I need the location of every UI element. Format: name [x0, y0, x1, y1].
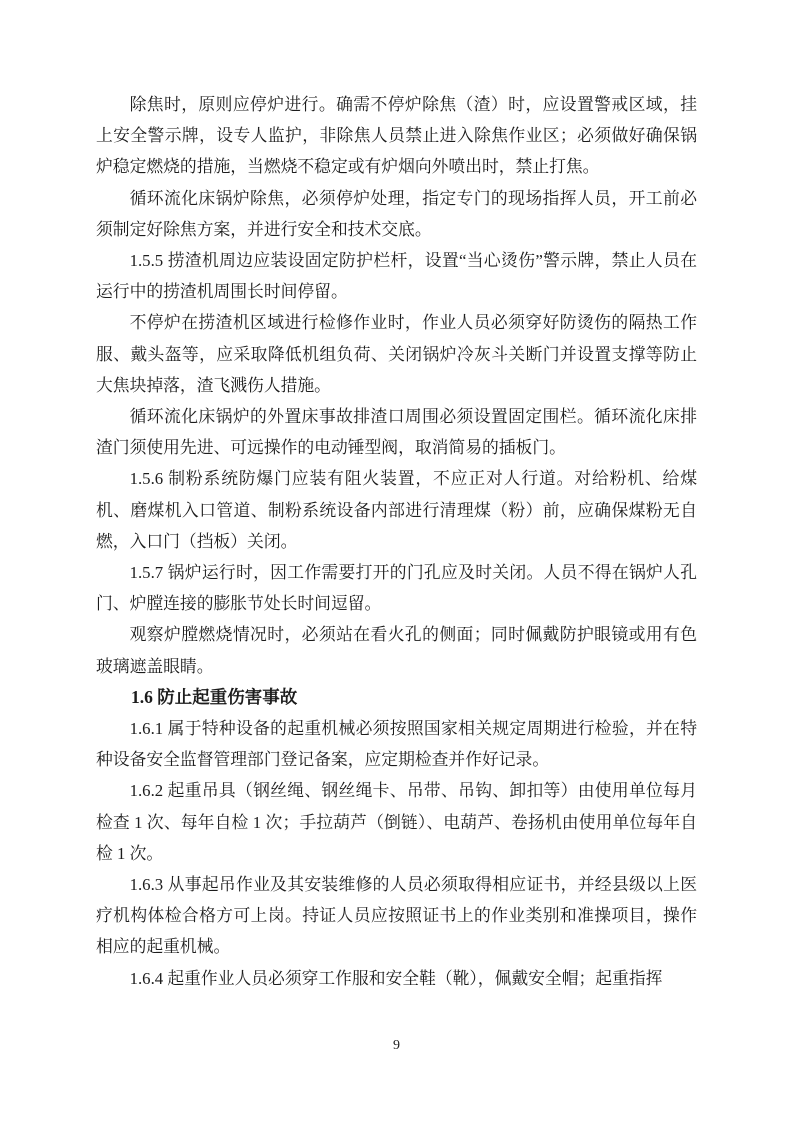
paragraph-1-6-4: 1.6.4 起重作业人员必须穿工作服和安全鞋（靴），佩戴安全帽；起重指挥: [96, 963, 697, 994]
text-content: 除焦时，原则应停炉进行。确需不停炉除焦（渣）时，应设置警戒区域，挂上安全警示牌，…: [96, 89, 697, 994]
section-heading-1-6: 1.6 防止起重伤害事故: [96, 682, 697, 713]
document-page: 除焦时，原则应停炉进行。确需不停炉除焦（渣）时，应设置警戒区域，挂上安全警示牌，…: [0, 0, 793, 1122]
paragraph-1-6-3: 1.6.3 从事起吊作业及其安装维修的人员必须取得相应证书，并经县级以上医疗机构…: [96, 869, 697, 963]
page-number: 9: [0, 1036, 793, 1056]
paragraph-cfb-weilan: 循环流化床锅炉的外置床事故排渣口周围必须设置固定围栏。循环流化床排渣门须使用先进…: [96, 401, 697, 463]
paragraph-1-6-2: 1.6.2 起重吊具（钢丝绳、钢丝绳卡、吊带、吊钩、卸扣等）由使用单位每月检查 …: [96, 775, 697, 869]
paragraph-1-6-1: 1.6.1 属于特种设备的起重机械必须按照国家相关规定周期进行检验，并在特种设备…: [96, 713, 697, 775]
paragraph-1-5-5: 1.5.5 捞渣机周边应装设固定防护栏杆，设置“当心烫伤”警示牌，禁止人员在运行…: [96, 245, 697, 307]
paragraph-dejiao: 除焦时，原则应停炉进行。确需不停炉除焦（渣）时，应设置警戒区域，挂上安全警示牌，…: [96, 89, 697, 183]
paragraph-guancha-lutang: 观察炉膛燃烧情况时，必须站在看火孔的侧面；同时佩戴防护眼镜或用有色玻璃遮盖眼睛。: [96, 619, 697, 681]
paragraph-laozhaji-jianxiu: 不停炉在捞渣机区域进行检修作业时，作业人员必须穿好防烫伤的隔热工作服、戴头盔等，…: [96, 307, 697, 401]
paragraph-1-5-6: 1.5.6 制粉系统防爆门应装有阻火装置，不应正对人行道。对给粉机、给煤机、磨煤…: [96, 463, 697, 557]
paragraph-cfb-dejiao: 循环流化床锅炉除焦，必须停炉处理，指定专门的现场指挥人员，开工前必须制定好除焦方…: [96, 183, 697, 245]
paragraph-1-5-7: 1.5.7 锅炉运行时，因工作需要打开的门孔应及时关闭。人员不得在锅炉人孔门、炉…: [96, 557, 697, 619]
